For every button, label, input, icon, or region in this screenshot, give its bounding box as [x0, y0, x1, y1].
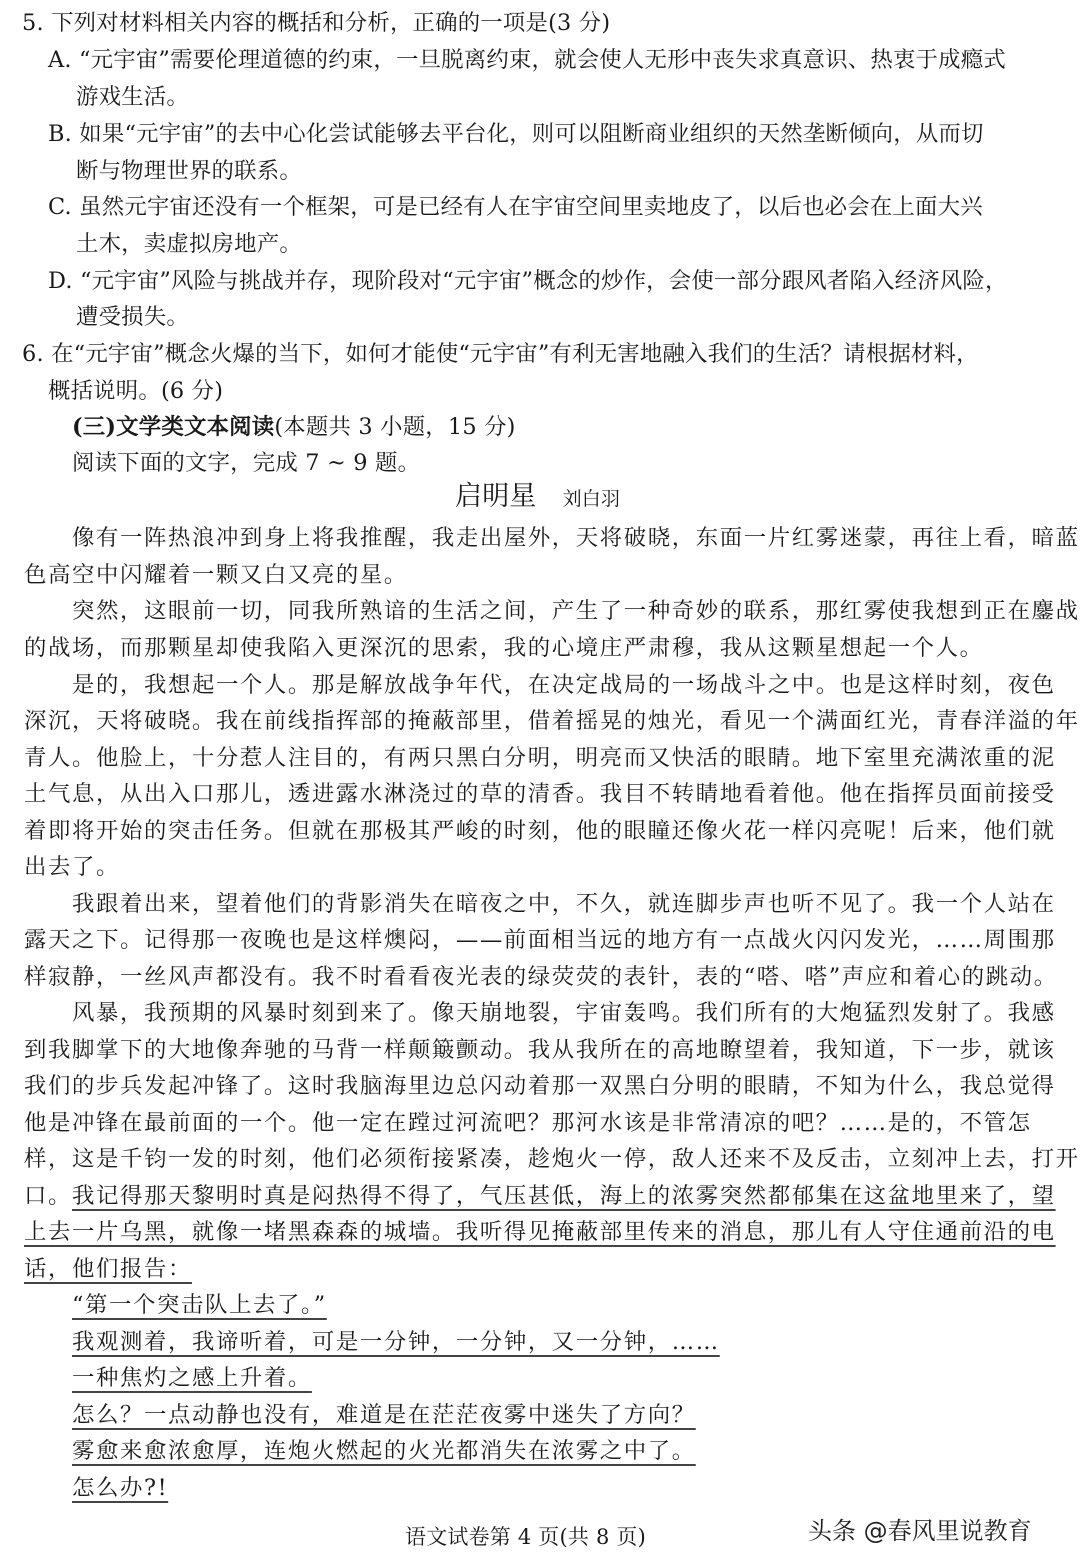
article-line: 深沉，天将破晓。我在前线指挥部的掩蔽部里，借着摇晃的烛光，看见一个满面红光，青春… — [24, 706, 1080, 736]
section-instruction: 阅读下面的文字，完成 7 ~ 9 题。 — [72, 448, 420, 478]
article-line: 的战场，而那颗星却使我陷入更深沉的思索，我的心境庄严肃穆，我从这颗星想起一个人。 — [24, 633, 984, 663]
underlined-passage: 怎么办?! — [72, 1473, 168, 1503]
article-line: 样寂静，一丝风声都没有。我不时看看夜光表的绿荧荧的表针，表的“嗒、嗒”声应和着心… — [24, 962, 1058, 992]
article-line: 露天之下。记得那一夜晚也是这样燠闷，——前面相当远的地方有一点战火闪闪发光，……… — [24, 925, 1056, 955]
underlined-passage: 一种焦灼之感上升着。 — [72, 1363, 312, 1393]
article-line-mixed: 口。我记得那天黎明时真是闷热得不得了，气压甚低，海上的浓雾突然都郁集在这盆地里来… — [24, 1181, 1056, 1211]
article-line: 着即将开始的突击任务。但就在那极其严峻的时刻，他的眼瞳还像火花一样闪亮呢！后来，… — [24, 816, 1056, 846]
article-line: 我跟着出来，望着他们的背影消失在暗夜之中，不久，就连脚步声也听不见了。我一个人站… — [72, 889, 1056, 919]
source-watermark: 头条 @春风里说教育 — [808, 1511, 1032, 1546]
section-heading-score: (本题共 3 小题，15 分) — [274, 414, 515, 440]
q5-option-a-line1: A. “元宇宙”需要伦理道德的约束，一旦脱离约束，就会使人无形中丧失求真意识、热… — [48, 45, 1006, 75]
article-line: 突然，这眼前一切，同我所熟谙的生活之间，产生了一种奇妙的联系，那红雾使我想到正在… — [72, 596, 1080, 626]
underlined-passage: 上去一片乌黑，就像一堵黑森森的城墙。我听得见掩蔽部里传来的消息，那儿有人守住通前… — [24, 1217, 1056, 1247]
article-line: 出去了。 — [24, 852, 120, 882]
section-heading-bold: (三)文学类文本阅读 — [72, 414, 274, 440]
underlined-passage: 话，他们报告： — [24, 1254, 192, 1284]
q5-option-b-line1: B. 如果“元宇宙”的去中心化尝试能够去平台化，则可以阻断商业组织的天然垄断倾向… — [48, 119, 984, 149]
article-line: 像有一阵热浪冲到身上将我推醒，我走出屋外，天将破晓，东面一片红雾迷蒙，再往上看，… — [72, 523, 1080, 553]
article-title-row: 启明星刘白羽 — [455, 482, 620, 514]
article-line: 风暴，我预期的风暴时刻到来了。像天崩地裂，宇宙轰鸣。我们所有的大炮猛烈发射了。我… — [72, 998, 1056, 1028]
underlined-passage: 我记得那天黎明时真是闷热得不得了，气压甚低，海上的浓雾突然都郁集在这盆地里来了，… — [72, 1183, 1056, 1209]
q5-option-d-line1: D. “元宇宙”风险与挑战并存，现阶段对“元宇宙”概念的炒作，会使一部分跟风者陷… — [48, 266, 1008, 296]
article-line: 是的，我想起一个人。那是解放战争年代，在决定战局的一场战斗之中。也是这样时刻，夜… — [72, 670, 1056, 700]
article-line: 色高空中闪耀着一颗又白又亮的星。 — [24, 560, 408, 590]
underlined-passage: 雾愈来愈浓愈厚，连炮火燃起的火光都消失在浓雾之中了。 — [72, 1436, 696, 1466]
q5-stem: 5. 下列对材料相关内容的概括和分析，正确的一项是(3 分) — [22, 8, 610, 38]
section-heading: (三)文学类文本阅读(本题共 3 小题，15 分) — [72, 412, 516, 442]
q5-option-d-line2: 遭受损失。 — [76, 302, 189, 332]
underlined-passage: 怎么？一点动静也没有，难道是在茫茫夜雾中迷失了方向？ — [72, 1400, 696, 1430]
underlined-passage: 我观测着，我谛听着，可是一分钟，一分钟，又一分钟，…… — [72, 1327, 720, 1357]
article-text-plain: 口。 — [24, 1183, 72, 1209]
article-title: 启明星 — [455, 481, 537, 512]
q6-line2: 概括说明。(6 分) — [48, 376, 223, 406]
article-line: 土气息，从出入口那儿，透进露水淋浇过的草的清香。我目不转睛地看着他。他在指挥员面… — [24, 779, 1056, 809]
article-line: 样，这是千钧一发的时刻，他们必须衔接紧凑，趁炮火一停，敌人还来不及反击，立刻冲上… — [24, 1144, 1080, 1174]
q5-option-b-line2: 断与物理世界的联系。 — [76, 156, 302, 186]
article-author: 刘白羽 — [563, 488, 621, 510]
q5-option-c-line1: C. 虽然元宇宙还没有一个框架，可是已经有人在宇宙空间里卖地皮了，以后也必会在上… — [48, 192, 983, 222]
article-line: 他是冲锋在最前面的一个。他一定在蹚过河流吧？那河水该是非常清凉的吧？……是的，不… — [24, 1108, 1032, 1138]
article-line: 到我脚掌下的大地像奔驰的马背一样颠簸颤动。我从我所在的高地瞭望着，我知道，下一步… — [24, 1035, 1056, 1065]
q6-line1: 6. 在“元宇宙”概念火爆的当下，如何才能使“元宇宙”有利无害地融入我们的生活？… — [22, 339, 979, 369]
underlined-passage: “第一个突击队上去了。” — [72, 1290, 327, 1320]
q5-option-c-line2: 土木，卖虚拟房地产。 — [76, 229, 302, 259]
page-number-footer: 语文试卷第 4 页(共 8 页) — [405, 1522, 646, 1552]
article-line: 我们的步兵发起冲锋了。这时我脑海里边总闪动着那一双黑白分明的眼睛，不知为什么，我… — [24, 1071, 1056, 1101]
article-line: 青人。他脸上，十分惹人注目的，有两只黑白分明，明亮而又快活的眼睛。地下室里充满浓… — [24, 743, 1056, 773]
q5-option-a-line2: 游戏生活。 — [76, 82, 189, 112]
